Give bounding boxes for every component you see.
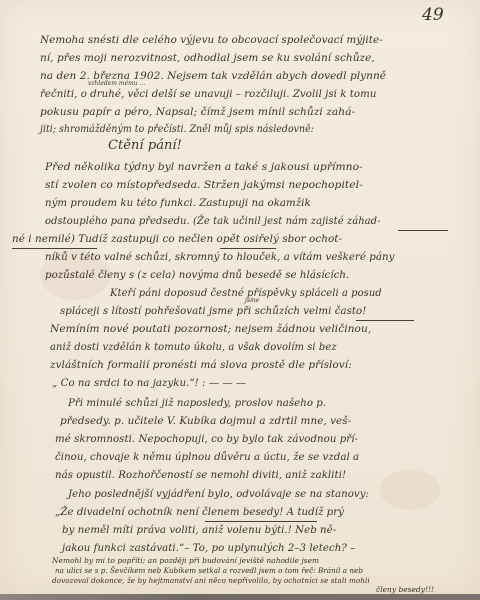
text-line: Při minulé schůzi již naposledy, proslov… xyxy=(68,398,326,409)
text-line: stí zvolen co místopředseda. Stržen jaký… xyxy=(45,180,363,191)
text-line: spláceji s lítostí pohřešovati jsme při … xyxy=(60,306,366,317)
underline-mark xyxy=(398,230,448,231)
text-line: jakou funkci zastávati.“– To, po uplynul… xyxy=(62,543,355,554)
underline-mark xyxy=(205,521,317,522)
text-line: ní, přes moji nerozvitnost, odhodlal jse… xyxy=(40,53,375,64)
footnote-line: Nemohl by mi to popříti; an později při … xyxy=(52,556,319,565)
text-line: odstouplého pana předsedu. (Že tak učini… xyxy=(45,216,381,227)
paper-stain xyxy=(380,470,440,510)
manuscript-page: 49 Nemoha snésti dle celého výjevu to ob… xyxy=(0,0,480,597)
text-line: pokusu papír a péro, Napsal; čímž jsem m… xyxy=(40,107,355,118)
page-bottom-edge xyxy=(0,594,480,600)
text-line: „Že divadelní ochotník není členem besed… xyxy=(55,507,344,518)
text-line: činou, chovaje k němu úplnou důvěru a úc… xyxy=(55,452,359,463)
text-line: řečniti, o druhé, věci delší se unavuji … xyxy=(40,89,376,100)
text-line: Jeho poslednější vyjádření bylo, odvoláv… xyxy=(68,489,369,500)
text-line: jiti; shromážděným to přečísti. Zněl můj… xyxy=(40,124,314,135)
text-line: předsedy. p. učitele V. Kubíka dojmul a … xyxy=(60,416,351,427)
footnote-line: na ulici se s p. Ševčíkem neb Kubíkem se… xyxy=(55,566,363,575)
text-line: ným proudem ku této funkci. Zastupuji na… xyxy=(45,198,311,209)
text-line: né i nemilé) Tudíž zastupuji co nečlen o… xyxy=(12,234,342,245)
text-line: níků v této valné schůzi, skromný to hlo… xyxy=(45,252,394,263)
text-line: Nemoha snésti dle celého výjevu to obcov… xyxy=(40,35,383,46)
footnote-line: dovozoval dokonce, že by hejtmanství ani… xyxy=(52,576,370,585)
text-line: aniž dosti vzdělán k tomuto úkolu, a vša… xyxy=(50,342,337,353)
text-line: pozůstalé členy s (z cela) novýma dnů be… xyxy=(45,270,349,281)
salutation: Ctění pání! xyxy=(108,138,182,153)
text-line: by neměl míti práva voliti, aniž volenu … xyxy=(62,525,336,536)
footnote-line: členy besedy!!! xyxy=(376,585,434,594)
text-line: „ Co na srdci to na jazyku.“! : — — — xyxy=(52,378,246,389)
page-number: 49 xyxy=(422,5,444,25)
interlinear-note: vzhledem mému ... xyxy=(88,80,145,87)
text-line: nás opustil. Rozhořčeností se nemohl div… xyxy=(55,470,346,481)
text-line: zvláštních formalií pronésti má slova pr… xyxy=(50,360,352,371)
underline-mark xyxy=(356,320,414,321)
text-line: mé skromnosti. Nepochopuji, co by bylo t… xyxy=(55,434,358,445)
text-line: Před několika týdny byl navržen a také s… xyxy=(45,162,363,173)
underline-mark xyxy=(220,248,276,249)
text-line: Nemíním nové poutati pozornost; nejsem ž… xyxy=(50,324,371,335)
underline-mark xyxy=(12,248,97,249)
interlinear-note: jsme xyxy=(245,297,259,304)
